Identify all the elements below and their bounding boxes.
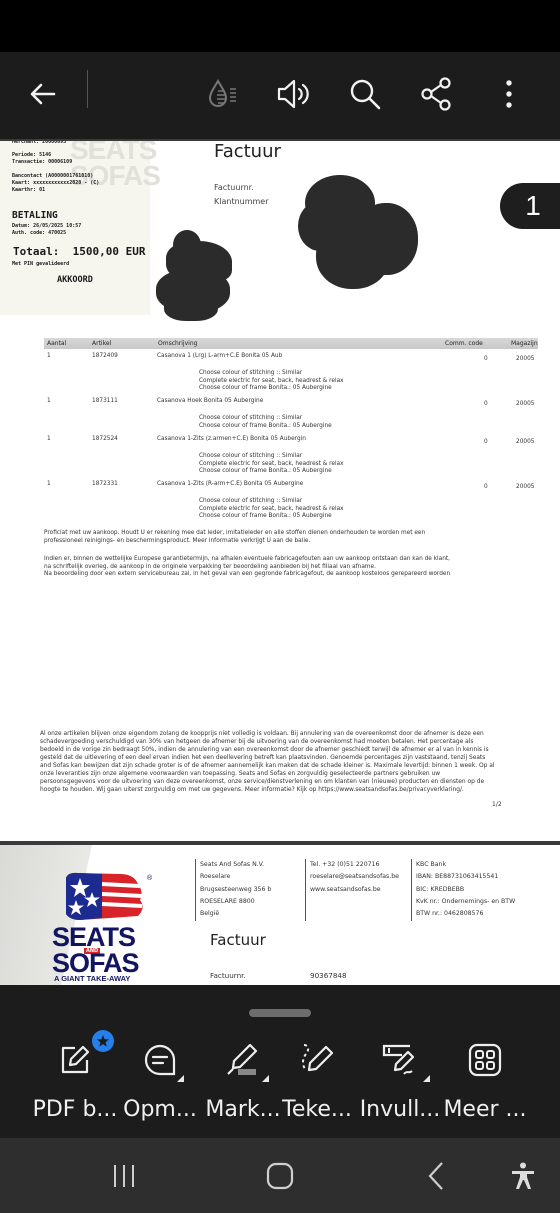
cell-artikel: 1872331: [92, 481, 118, 487]
back-button[interactable]: [21, 72, 65, 116]
row-option: Complete electric for seat, back, headre…: [199, 378, 344, 384]
accessibility-button[interactable]: [501, 1156, 545, 1196]
receipt-bancontact: Bancontact (A0000001761010): [12, 173, 93, 179]
more-vertical-icon: [504, 79, 514, 109]
cell-omschrijving: Casanova 1 (Lrg) L-arm+C.E Bonita 05 Aub: [157, 353, 282, 359]
cell-magazijn: 20005: [516, 401, 534, 407]
row-option: Choose colour of frame Bonita.: 05 Auber…: [199, 385, 332, 391]
cell-magazijn: 20005: [516, 356, 534, 362]
row-option: Choose colour of stitching :: Similar: [199, 370, 302, 376]
back-nav-button[interactable]: [414, 1156, 458, 1196]
cell-comm-code: 0: [484, 439, 488, 445]
dropdown-corner-icon: [177, 1075, 184, 1082]
pdf-page-2[interactable]: ® SEATS AND SOFAS A GIANT TAKE-AWAY Seat…: [0, 845, 560, 985]
panel-drag-handle[interactable]: [249, 1009, 311, 1017]
row-option: Choose colour of frame Bonita.: 05 Auber…: [199, 423, 332, 429]
invoice-title: Factuur: [214, 141, 281, 162]
seats-and-sofas-logo: ® SEATS AND SOFAS A GIANT TAKE-AWAY: [48, 870, 158, 985]
highlighter-icon: [224, 1042, 262, 1078]
cell-aantal: 1: [47, 481, 51, 487]
tool-comment[interactable]: Opm...: [115, 1040, 205, 1130]
cell-omschrijving: Casanova 1-Zits (z.armen+C.E) Bonita 05 …: [157, 436, 306, 442]
svg-text:®: ®: [147, 874, 153, 882]
company-address: Seats And Sofas N.V. Roeselare Brugseste…: [195, 859, 271, 921]
col-aantal: Aantal: [47, 340, 66, 347]
cell-comm-code: 0: [484, 356, 488, 362]
share-button[interactable]: [415, 72, 459, 116]
receipt-periode: Periode: 5146: [12, 152, 51, 158]
cell-magazijn: 20005: [516, 484, 534, 490]
tool-label: Opm...: [115, 1097, 205, 1122]
receipt-transactie: Transactie: 00006109: [12, 159, 72, 165]
cell-aantal: 1: [47, 436, 51, 442]
tool-fill-sign[interactable]: Invull...: [355, 1040, 445, 1130]
comment-icon: [142, 1042, 178, 1078]
receipt-betaling: BETALING: [12, 210, 58, 221]
accessibility-icon: [511, 1162, 535, 1190]
receipt-auth: Auth. code: 470025: [12, 230, 66, 236]
page2-factuurnr-value: 90367848: [310, 971, 347, 980]
speaker-icon: [275, 76, 313, 112]
receipt-kaarthr: Kaarthr: 01: [12, 187, 45, 193]
receipt-datum: Datum: 26/05/2025 10:57: [12, 223, 81, 229]
receipt-kaart: Kaart: xxxxxxxxxxxx2020 - (C): [12, 180, 99, 186]
receipt-akkoord: AKKOORD: [57, 275, 93, 285]
edit-pdf-icon: [57, 1042, 93, 1078]
pdf-page-1[interactable]: SEATSSOFAS Merchant: 20000693 Periode: 5…: [0, 141, 560, 841]
col-omschrijving: Omschrijving: [158, 340, 197, 347]
col-magazijn: Magazijn: [511, 340, 538, 347]
cell-artikel: 1873111: [92, 398, 118, 404]
page-number: 1/2: [492, 801, 502, 808]
home-button[interactable]: [258, 1156, 302, 1196]
cell-artikel: 1872524: [92, 436, 118, 442]
care-note: Proficiat met uw aankoop. Houdt U er rek…: [44, 530, 425, 545]
col-artikel: Artikel: [92, 340, 111, 347]
receipt-merchant: Merchant: 20000693: [12, 141, 66, 145]
more-tools-icon: [468, 1043, 502, 1077]
app-toolbar: [0, 52, 560, 139]
read-aloud-button[interactable]: [272, 72, 316, 116]
tool-label: PDF b...: [30, 1097, 120, 1122]
toolbar-divider: [87, 70, 88, 108]
star-badge: [92, 1030, 114, 1052]
share-icon: [419, 77, 455, 111]
row-option: Choose colour of stitching :: Similar: [199, 453, 302, 459]
row-option: Choose colour of stitching :: Similar: [199, 415, 302, 421]
tool-label: Meer ...: [440, 1097, 530, 1122]
cell-aantal: 1: [47, 398, 51, 404]
col-comm-code: Comm. code: [445, 340, 483, 347]
payment-receipt: SEATSSOFAS Merchant: 20000693 Periode: 5…: [0, 141, 150, 315]
search-icon: [348, 77, 382, 111]
cell-aantal: 1: [47, 353, 51, 359]
fill-sign-icon: [380, 1042, 420, 1078]
table-header: Aantal Artikel Omschrijving Comm. code M…: [44, 338, 538, 349]
page2-factuurnr-label: Factuurnr.: [210, 971, 246, 980]
status-bar: [0, 0, 560, 52]
arrow-left-icon: [27, 78, 59, 110]
dropdown-corner-icon: [423, 1075, 430, 1082]
company-bank: KBC Bank IBAN: BE88731063415541 BIC: KRE…: [411, 859, 515, 921]
tool-draw[interactable]: Teke...: [272, 1040, 362, 1130]
receipt-totaal: Totaal: 1500,00 EUR: [13, 245, 145, 258]
recent-apps-icon: [111, 1163, 137, 1189]
logo-sofas: SOFAS: [52, 950, 139, 976]
star-icon: [96, 1034, 110, 1048]
tool-more[interactable]: Meer ...: [440, 1040, 530, 1130]
terms-paragraph: Al onze artikelen blijven onze eigendom …: [40, 730, 494, 794]
row-option: Choose colour of frame Bonita.: 05 Auber…: [199, 468, 332, 474]
flag-sofa-icon: ®: [58, 870, 158, 922]
system-nav-bar: [0, 1138, 560, 1213]
cell-omschrijving: Casanova Hoek Bonita 05 Aubergine: [157, 398, 263, 404]
tool-label: Invull...: [355, 1097, 445, 1122]
factuurnr-label: Factuurnr.: [214, 183, 254, 192]
chevron-left-icon: [426, 1161, 446, 1191]
row-option: Choose colour of stitching :: Similar: [199, 498, 302, 504]
home-icon: [266, 1162, 294, 1190]
receipt-pin: Met PIN gevalideerd: [12, 261, 69, 267]
recent-apps-button[interactable]: [102, 1156, 146, 1196]
page2-invoice-title: Factuur: [210, 931, 266, 949]
document-viewer[interactable]: SEATSSOFAS Merchant: 20000693 Periode: 5…: [0, 139, 560, 985]
row-option: Complete electric for seat, back, headre…: [199, 461, 344, 467]
warranty-note: Indien er, binnen de wettelijke Europese…: [44, 556, 450, 579]
klantnummer-label: Klantnummer: [214, 197, 269, 206]
cell-comm-code: 0: [484, 484, 488, 490]
tool-edit-pdf[interactable]: PDF b...: [30, 1040, 120, 1130]
row-option: Choose colour of frame Bonita.: 05 Auber…: [199, 513, 332, 519]
dropdown-corner-icon: [262, 1075, 269, 1082]
logo-seats: SEATS: [52, 924, 135, 950]
tool-panel: PDF b... Opm... Mark... Teke... Invull..…: [0, 985, 560, 1138]
logo-tagline: A GIANT TAKE-AWAY: [54, 974, 130, 983]
search-button[interactable]: [343, 72, 387, 116]
cell-artikel: 1872409: [92, 353, 118, 359]
tool-label: Teke...: [272, 1097, 362, 1122]
cell-omschrijving: Casanova 1-Zits (R-arm+C.E) Bonita 05 Au…: [157, 481, 303, 487]
row-option: Complete electric for seat, back, headre…: [199, 506, 344, 512]
company-contact: Tel. +32 (0)51 220716 roeselare@seatsand…: [305, 859, 399, 921]
liquid-mode-icon: [204, 76, 240, 112]
draw-icon: [298, 1041, 336, 1079]
page-indicator[interactable]: 1: [500, 183, 560, 229]
cell-comm-code: 0: [484, 401, 488, 407]
liquid-mode-button[interactable]: [200, 72, 244, 116]
more-options-button[interactable]: [487, 72, 531, 116]
cell-magazijn: 20005: [516, 439, 534, 445]
